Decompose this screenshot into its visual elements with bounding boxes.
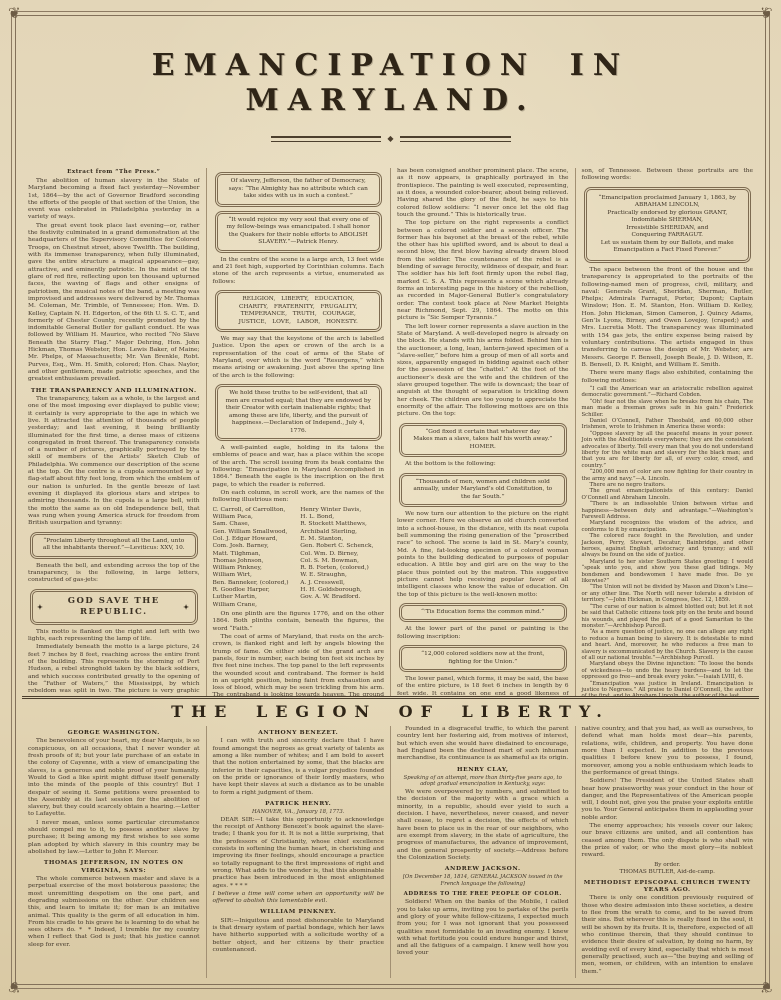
ornamental-quote-box: “12,000 colored soldiers now at the fron… bbox=[399, 645, 567, 672]
paragraph: I can with truth and sincerity declare t… bbox=[213, 738, 385, 797]
paragraph: We now turn our attention to the picture… bbox=[397, 511, 569, 599]
paragraph: “As a mere question of justice, no one c… bbox=[582, 629, 754, 661]
quote-line: “12,000 colored soldiers now at the fron… bbox=[409, 651, 557, 659]
name-item: H. L. Bond, bbox=[300, 514, 384, 521]
corner-flourish-icon bbox=[760, 979, 773, 994]
paragraph: The space between the front of the house… bbox=[582, 267, 754, 369]
name-item: C. Carroll, of Carrollton, bbox=[213, 507, 297, 514]
paragraph: The enemy approaches; his vessels cover … bbox=[582, 823, 754, 860]
paragraph: “There is an indissoluble Union between … bbox=[582, 501, 754, 520]
name-item: Col. Wm. D. Birney, bbox=[300, 551, 384, 558]
page-title: EMANCIPATION IN MARYLAND. bbox=[22, 48, 759, 118]
section-subhead: ANTHONY BENEZET. bbox=[213, 729, 385, 736]
section-subhead: HENRY CLAY, bbox=[397, 766, 569, 773]
name-item: E. M. Stanton, bbox=[300, 536, 384, 543]
dateline: [On December 18, 1814, GENERAL JACKSON i… bbox=[397, 874, 569, 887]
ornamental-quote-box: “’Tis Education forms the common mind.” bbox=[399, 603, 567, 623]
paragraph: Maryland recognizes the wisdom of the ad… bbox=[582, 520, 754, 533]
name-item: William Wirt, bbox=[213, 572, 297, 579]
paragraph: In the centre of the scene is a large ar… bbox=[213, 257, 385, 286]
names-list: C. Carroll, of Carrollton,William Paca,S… bbox=[213, 507, 385, 609]
quote-line: Practically endorsed by glorious GRANT, bbox=[595, 210, 741, 218]
corner-flourish-icon bbox=[8, 6, 21, 21]
byline-block: By order.THOMAS BUTLER, Aid-de-camp. bbox=[582, 862, 754, 876]
paragraph: has been consigned another prominent pla… bbox=[397, 168, 569, 219]
corner-flourish-icon bbox=[760, 6, 773, 21]
legion-heading-band: THE LEGION OF LIBERTY. bbox=[22, 696, 759, 726]
paragraph: Soldiers! The President of the United St… bbox=[582, 778, 754, 822]
paragraph: “The Union will not be divided by Mason … bbox=[582, 584, 754, 603]
name-item: Luther Martin, bbox=[213, 594, 297, 601]
name-item: Gen. William Smallwood, bbox=[213, 529, 297, 536]
name-item: William Pinkney, bbox=[213, 565, 297, 572]
paragraph: At the lower part of the panel or painti… bbox=[397, 626, 569, 641]
section-subhead: THOMAS JEFFERSON, IN NOTES ON VIRGINIA, … bbox=[28, 859, 200, 874]
top-column-1: Extract from “The Press.”The abolition o… bbox=[22, 168, 206, 696]
quote-line: ABRAHAM LINCOLN, bbox=[595, 202, 741, 210]
quote-line: fighting for the Union.” bbox=[409, 659, 557, 667]
paragraph: Maryland obeys the Divine injunction: “T… bbox=[582, 661, 754, 680]
paragraph: The top picture on the right represents … bbox=[397, 220, 569, 322]
paragraph: Founded in a disgraceful traffic, to whi… bbox=[397, 726, 569, 763]
section-subhead: PATRICK HENRY. bbox=[213, 800, 385, 807]
paragraph: Maryland to her sister Southern States g… bbox=[582, 559, 754, 585]
name-item: Matt. Tilghman, bbox=[213, 551, 297, 558]
paragraph: We were overpowered by numbers, and subm… bbox=[397, 789, 569, 862]
quote-line: Emancipation a Fact Fixed Forever.” bbox=[595, 247, 741, 255]
paragraph: The colored race fought in the Revolutio… bbox=[582, 533, 754, 559]
top-column-3: has been consigned another prominent pla… bbox=[390, 168, 575, 696]
section-subhead: ADDRESS TO THE FREE PEOPLE OF COLOR. bbox=[397, 891, 569, 898]
paragraph: At the bottom is the following: bbox=[397, 461, 569, 468]
quote-line: HOMER. bbox=[409, 444, 557, 452]
names-column: Henry Winter Davis,H. L. Bond,R. Stocket… bbox=[300, 507, 384, 609]
paragraph: SIR:—Iniquitous and most dishonorable to… bbox=[213, 918, 385, 955]
top-column-4: son, of Tennessee. Between these portrai… bbox=[575, 168, 760, 696]
name-item: H. H. Goldsborough, bbox=[300, 587, 384, 594]
name-item: Com. Josh. Barney, bbox=[213, 543, 297, 550]
legion-column-2: ANTHONY BENEZET.I can with truth and sin… bbox=[206, 726, 391, 978]
legion-column-3: Founded in a disgraceful traffic, to whi… bbox=[390, 726, 575, 978]
quote-line: “God fixed it certain that whatever day bbox=[409, 429, 557, 437]
paragraph: Soldiers! When on the banks of the Mobil… bbox=[397, 899, 569, 958]
ornamental-quote-box: RELIGION, LIBERTY, EDUCATION, CHARITY, F… bbox=[215, 290, 383, 332]
byline-line: By order. bbox=[582, 862, 754, 869]
paragraph: “The curse of our nation is almost blott… bbox=[582, 604, 754, 630]
name-item: W. E. Straughn, bbox=[300, 572, 384, 579]
name-item: R. B. Forten, (colored,) bbox=[300, 565, 384, 572]
paragraph: This motto is flanked on the right and l… bbox=[28, 629, 200, 644]
name-item: R. Stockett Matthews, bbox=[300, 521, 384, 528]
paragraph: The transparency, taken as a whole, is t… bbox=[28, 396, 200, 528]
legion-section: GEORGE WASHINGTON.The benevolence of you… bbox=[22, 726, 759, 978]
section-subhead: METHODIST EPISCOPAL CHURCH TWENTY YEARS … bbox=[582, 879, 754, 894]
masthead: EMANCIPATION IN MARYLAND. ◆ bbox=[22, 22, 759, 168]
paragraph: “200,000 men of color are now fighting f… bbox=[582, 469, 754, 482]
paragraph: The lower panel, which forms, it may be … bbox=[397, 676, 569, 696]
byline-line: THOMAS BUTLER, Aid-de-camp. bbox=[582, 869, 754, 876]
name-item: Gen. Robert C. Schenck, bbox=[300, 543, 384, 550]
paragraph: “Emancipation was justice in Ireland. Em… bbox=[582, 681, 754, 696]
paragraph: The great emancipationists of this centu… bbox=[582, 488, 754, 501]
legion-column-4: native country, and that you had, as wel… bbox=[575, 726, 760, 978]
paragraph: The abolition of human slavery in the St… bbox=[28, 178, 200, 222]
legion-column-1: GEORGE WASHINGTON.The benevolence of you… bbox=[22, 726, 206, 978]
name-item: A. J. Cresswell, bbox=[300, 580, 384, 587]
paragraph: A well-painted eagle, holding in its tal… bbox=[213, 445, 385, 489]
quote-line: Indomitable SHERMAN, bbox=[595, 217, 741, 225]
name-item: William Crane, bbox=[213, 602, 297, 609]
quote-line: Conquering FARRAGUT. bbox=[595, 232, 741, 240]
name-item: William Paca, bbox=[213, 514, 297, 521]
ornamental-quote-box: We hold these truths to be self-evident,… bbox=[215, 384, 383, 441]
paragraph: On each column, in scroll work, are the … bbox=[213, 490, 385, 505]
section-subhead: THE TRANSPARENCY AND ILLUMINATION. bbox=[28, 387, 200, 394]
paragraph: The left lower corner represents a slave… bbox=[397, 324, 569, 419]
quote-line: Irresistible SHERIDAN, and bbox=[595, 225, 741, 233]
dateline: HANOVER, VA., January 18, 1773. bbox=[213, 809, 385, 816]
ornamental-quote-box: “Emancipation proclaimed January 1, 1863… bbox=[584, 187, 752, 263]
paragraph: “I call the American war an aristocratic… bbox=[582, 386, 754, 399]
paragraph: I believe a time will come when an oppor… bbox=[213, 891, 385, 906]
ornamental-quote-box: “Thousands of men, women and children so… bbox=[399, 473, 567, 508]
names-column: C. Carroll, of Carrollton,William Paca,S… bbox=[213, 507, 297, 609]
paragraph: We may say that the keystone of the arch… bbox=[213, 336, 385, 380]
ornamental-quote-box: “God fixed it certain that whatever dayM… bbox=[399, 423, 567, 458]
name-item: Col. S. M. Bowman, bbox=[300, 558, 384, 565]
paragraph: DEAR SIR:—I take this opportunity to ack… bbox=[213, 817, 385, 890]
paragraph: The benevolence of your heart, my dear M… bbox=[28, 738, 200, 818]
paragraph: There were many flags also exhibited, co… bbox=[582, 370, 754, 385]
page-content: EMANCIPATION IN MARYLAND. ◆ Extract from… bbox=[22, 22, 759, 978]
paragraph: “Oh! fear not the slave when he breaks f… bbox=[582, 399, 754, 418]
paragraph: The great event took place last evening—… bbox=[28, 223, 200, 384]
paragraph: native country, and that you had, as wel… bbox=[582, 726, 754, 777]
paragraph: Immediately beneath the motto is a large… bbox=[28, 644, 200, 696]
paragraph: Beneath the bell, and extending across t… bbox=[28, 563, 200, 585]
corner-flourish-icon bbox=[8, 979, 21, 994]
name-item: Archibald Sterling, bbox=[300, 529, 384, 536]
top-column-2: Of slavery, Jefferson, the father of Dem… bbox=[206, 168, 391, 696]
divider-rule bbox=[271, 136, 382, 142]
name-item: Col. J. Edgar Howard, bbox=[213, 536, 297, 543]
paragraph: The whole commerce between master and sl… bbox=[28, 876, 200, 949]
section-subhead: WILLIAM PINKNEY. bbox=[213, 908, 385, 915]
name-item: R. Goodloe Harper, bbox=[213, 587, 297, 594]
name-item: Henry Winter Davis, bbox=[300, 507, 384, 514]
legion-heading: THE LEGION OF LIBERTY. bbox=[22, 702, 759, 721]
ornamental-quote-box: “Proclaim Liberty throughout all the Lan… bbox=[30, 532, 198, 559]
paragraph: Daniel O’Connell, Father Theobald, and 6… bbox=[582, 418, 754, 431]
column-kicker: Extract from “The Press.” bbox=[28, 169, 200, 176]
quote-line: “Emancipation proclaimed January 1, 1863… bbox=[595, 195, 741, 203]
paragraph: There is only one condition previously r… bbox=[582, 895, 754, 975]
paragraph: “Oppose slavery by all the peaceful mean… bbox=[582, 431, 754, 469]
diamond-ornament-icon: ◆ bbox=[387, 134, 393, 143]
top-section: Extract from “The Press.”The abolition o… bbox=[22, 168, 759, 696]
quote-line: Makes man a slave, takes half his worth … bbox=[409, 436, 557, 444]
section-subhead: ANDREW JACKSON. bbox=[397, 865, 569, 872]
name-item: Gov. A. W. Bradford. bbox=[300, 594, 384, 601]
name-item: Ben. Banneker, (colored,) bbox=[213, 580, 297, 587]
ornamental-quote-box: Of slavery, Jefferson, the father of Dem… bbox=[215, 172, 383, 207]
dateline: Speaking of an attempt, more than thirty… bbox=[397, 775, 569, 788]
ornamental-quote-box: “It would rejoice my very soul that ever… bbox=[215, 211, 383, 253]
quote-line: Let us sustain them by our Ballots, and … bbox=[595, 240, 741, 248]
ornamental-quote-box: GOD SAVE THE REPUBLIC. bbox=[30, 589, 198, 625]
paragraph: son, of Tennessee. Between these portrai… bbox=[582, 168, 754, 183]
name-item: Thomas Johnson, bbox=[213, 558, 297, 565]
title-divider: ◆ bbox=[271, 134, 511, 143]
paragraph: I never mean, unless some particular cir… bbox=[28, 820, 200, 857]
name-item: Sam. Chase, bbox=[213, 521, 297, 528]
section-subhead: GEORGE WASHINGTON. bbox=[28, 729, 200, 736]
paragraph: On one plinth are the figures 1776, and … bbox=[213, 611, 385, 633]
paragraph: The coat of arms of Maryland, that rests… bbox=[213, 634, 385, 696]
divider-rule bbox=[400, 136, 511, 142]
